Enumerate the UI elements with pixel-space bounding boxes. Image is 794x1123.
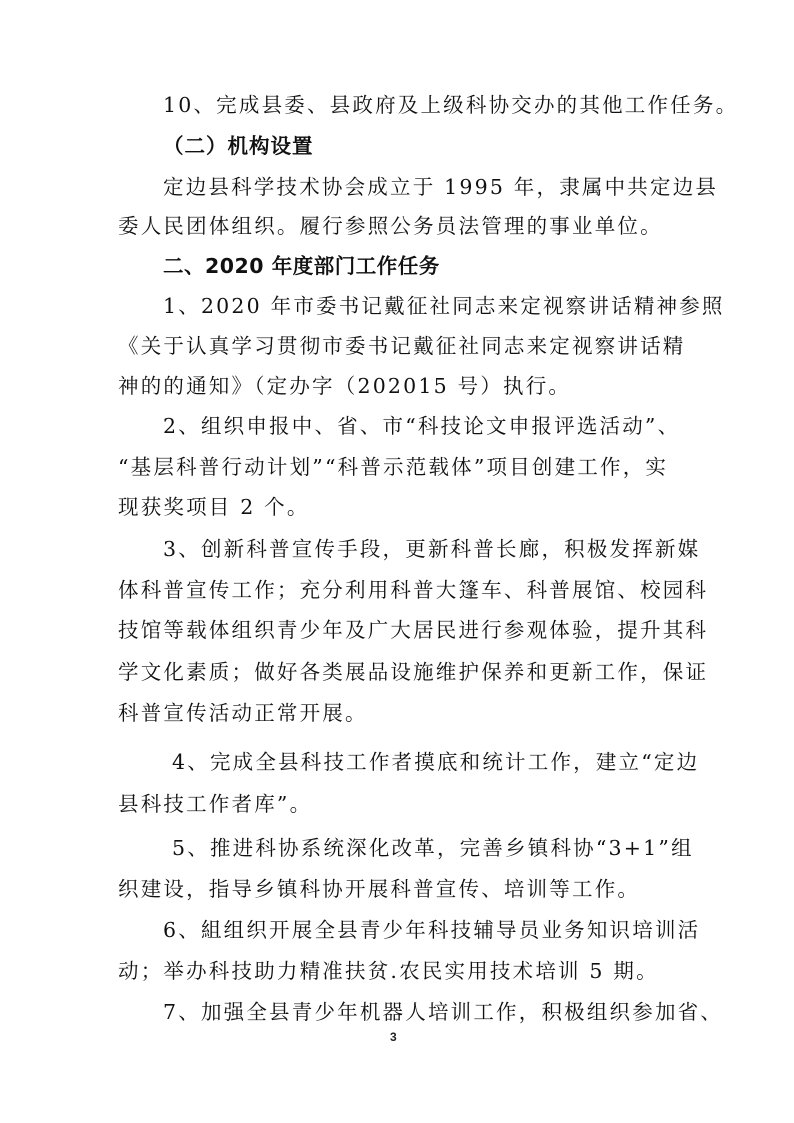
heading-2020-tasks: 二、2020 年度部门工作任务 [163, 252, 440, 280]
task-3-line-5: 科普宣传活动正常开展。 [118, 699, 368, 727]
task-6-line-2: 动；举办科技助力精准扶贫.农民实用技术培训 5 期。 [118, 957, 659, 985]
task-7-line-1: 7、加强全县青少年机器人培训工作，积极组织参加省、 [163, 998, 723, 1026]
page-number: 3 [390, 1030, 397, 1044]
task-3-line-3: 技馆等载体组织青少年及广大居民进行参观体验，提升其科 [118, 616, 708, 644]
task-3-line-2: 体科普宣传工作；充分利用科普大篷车、科普展馆、校园科 [118, 576, 708, 604]
paragraph-org-line-2: 委人民团体组织。履行参照公务员法管理的事业单位。 [118, 212, 663, 240]
task-2-line-2: “基层科普行动计划”“科普示范载体”项目创建工作，实 [118, 453, 668, 481]
task-4-line-1: 4、完成全县科技工作者摸底和统计工作，建立“定边 [172, 748, 699, 776]
task-3-line-1: 3、创新科普宣传手段，更新科普长廊，积极发挥新媒 [163, 535, 700, 563]
line-task-10: 10、完成县委、县政府及上级科协交办的其他工作任务。 [163, 91, 738, 119]
task-5-line-2: 织建设，指导乡镇科协开展科普宣传、培训等工作。 [118, 875, 640, 903]
task-5-line-1: 5、推进科协系统深化改革，完善乡镇科协“3+1”组 [172, 834, 694, 862]
task-2-line-1: 2、组织申报中、省、市“科技论文申报评选活动”、 [163, 412, 680, 440]
paragraph-org-line-1: 定边县科学技术协会成立于 1995 年，隶属中共定边县 [163, 173, 718, 201]
task-2-line-3: 现获奖项目 2 个。 [118, 493, 310, 521]
task-6-line-1: 6、組组织开展全县青少年科技辅导员业务知识培训活 [163, 916, 700, 944]
task-1-line-2: 《关于认真学习贯彻市委书记戴征社同志来定视察讲话精 [118, 332, 686, 360]
task-4-line-2: 县科技工作者库”。 [118, 790, 312, 818]
task-1-line-3: 神的的通知》（定办字（202015 号）执行。 [118, 372, 571, 400]
task-1-line-1: 1、2020 年市委书记戴征社同志来定视察讲话精神参照 [163, 292, 725, 320]
heading-org-structure: （二）机构设置 [163, 132, 314, 160]
task-3-line-4: 学文化素质；做好各类展品设施维护保养和更新工作，保证 [118, 658, 708, 686]
